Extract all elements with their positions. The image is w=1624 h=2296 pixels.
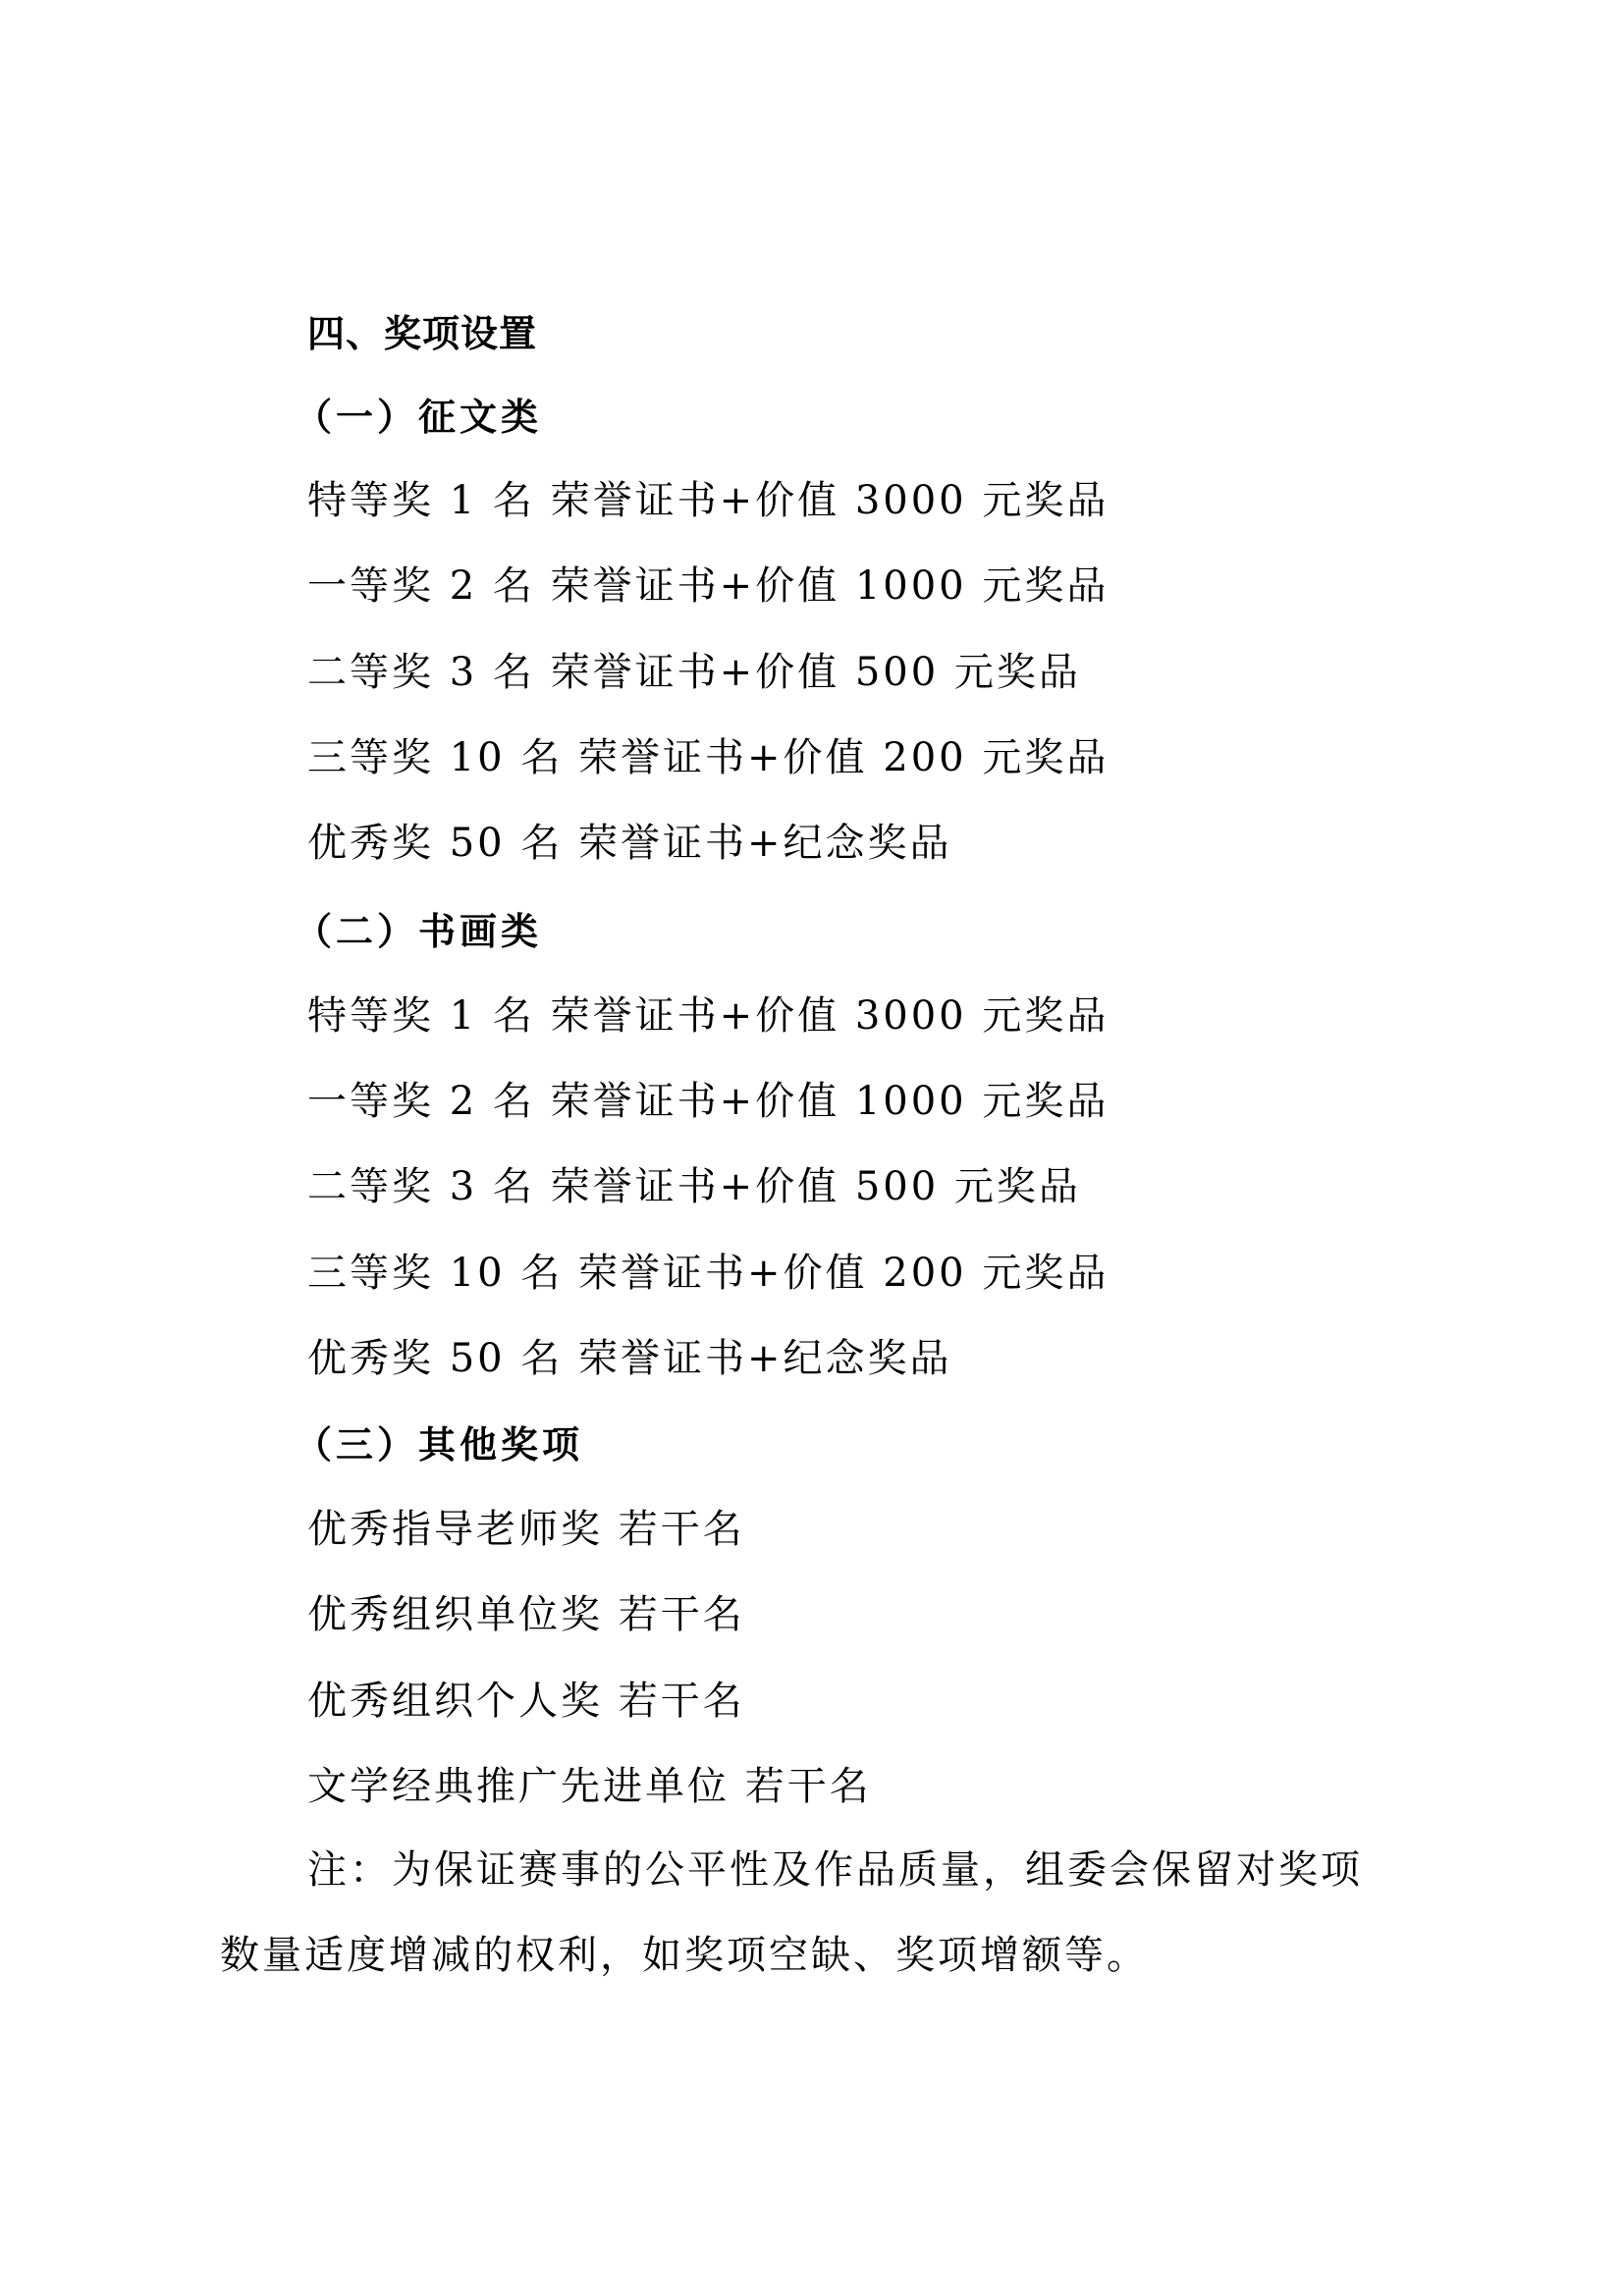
- award-item: 一等奖 2 名 荣誉证书+价值 1000 元奖品: [307, 566, 1109, 606]
- document-page: 四、奖项设置 （一）征文类 特等奖 1 名 荣誉证书+价值 3000 元奖品 一…: [0, 0, 1624, 2296]
- award-item: 二等奖 3 名 荣誉证书+价值 500 元奖品: [307, 653, 1081, 692]
- award-item: 二等奖 3 名 荣誉证书+价值 500 元奖品: [307, 1167, 1081, 1206]
- award-item: 优秀组织个人奖 若干名: [307, 1682, 745, 1721]
- category-heading-calligraphy: （二）书画类: [295, 913, 542, 950]
- category-heading-other: （三）其他奖项: [295, 1426, 583, 1464]
- award-item: 优秀奖 50 名 荣誉证书+纪念奖品: [307, 1339, 952, 1378]
- award-item: 优秀奖 50 名 荣誉证书+纪念奖品: [307, 824, 952, 863]
- note-line-2: 数量适度增减的权利，如奖项空缺、奖项增额等。: [220, 1936, 1149, 1975]
- category-heading-essay: （一）征文类: [295, 399, 542, 436]
- note-line-1: 注：为保证赛事的公平性及作品质量，组委会保留对奖项: [307, 1850, 1363, 1890]
- award-item: 文学经典推广先进单位 若干名: [307, 1767, 872, 1806]
- award-item: 优秀指导老师奖 若干名: [307, 1510, 745, 1549]
- award-item: 一等奖 2 名 荣誉证书+价值 1000 元奖品: [307, 1082, 1109, 1121]
- award-item: 特等奖 1 名 荣誉证书+价值 3000 元奖品: [307, 481, 1109, 520]
- award-item: 特等奖 1 名 荣誉证书+价值 3000 元奖品: [307, 996, 1109, 1036]
- section-title: 四、奖项设置: [307, 315, 537, 352]
- award-item: 三等奖 10 名 荣誉证书+价值 200 元奖品: [307, 1254, 1109, 1293]
- award-item: 优秀组织单位奖 若干名: [307, 1595, 745, 1634]
- award-item: 三等奖 10 名 荣誉证书+价值 200 元奖品: [307, 738, 1109, 777]
